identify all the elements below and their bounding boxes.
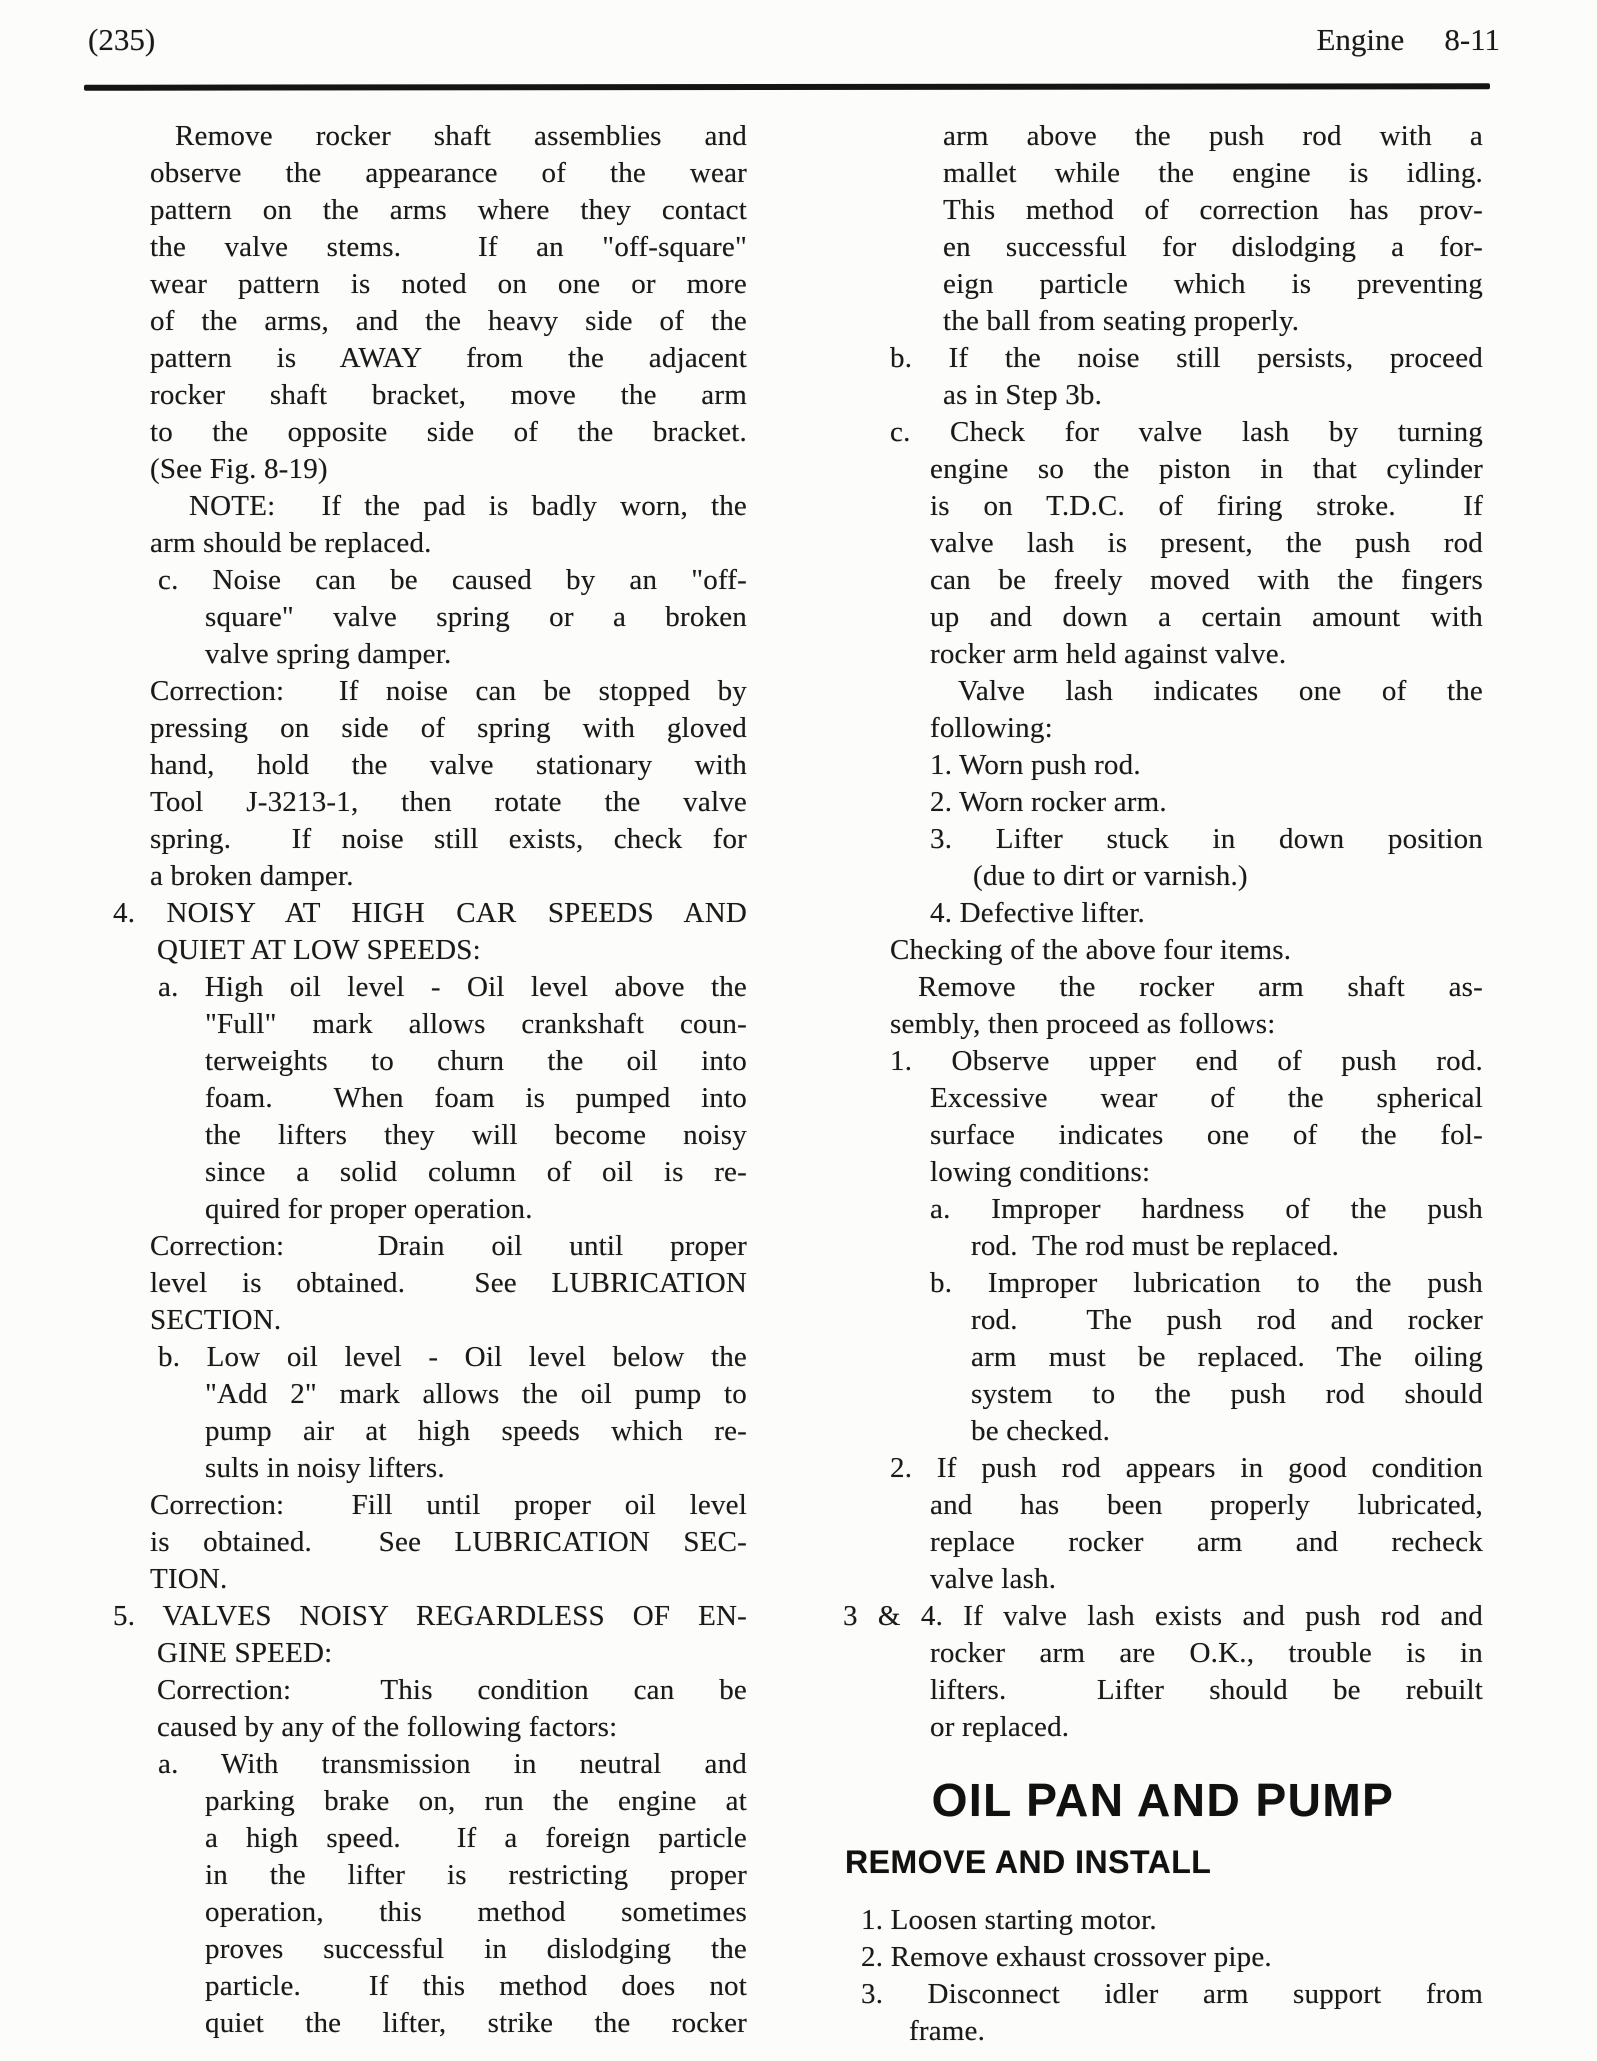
text-line: Remove the rocker arm shaft as- (843, 969, 1483, 1006)
text-line: GINE SPEED: (113, 1635, 747, 1672)
text-line: rod. The rod must be replaced. (843, 1228, 1483, 1265)
subsection-heading: REMOVE AND INSTALL (845, 1842, 1483, 1882)
manual-page: (235) Engine8-11 Remove rocker shaft ass… (0, 0, 1597, 2061)
page-number: (235) (88, 22, 155, 58)
text-line: system to the push rod should (843, 1376, 1483, 1413)
text-line: 5. VALVES NOISY REGARDLESS OF EN- (113, 1598, 747, 1635)
text-line: Correction: If noise can be stopped by (113, 673, 747, 710)
text-line: rocker shaft bracket, move the arm (113, 377, 747, 414)
text-line: a high speed. If a foreign particle (113, 1820, 747, 1857)
text-line: rod. The push rod and rocker (843, 1302, 1483, 1339)
text-line: b. Low oil level - Oil level below the (113, 1339, 747, 1376)
text-line: Correction: Fill until proper oil level (113, 1487, 747, 1524)
text-line: hand, hold the valve stationary with (113, 747, 747, 784)
text-line: SECTION. (113, 1302, 747, 1339)
text-line: Correction: This condition can be (113, 1672, 747, 1709)
text-line: terweights to churn the oil into (113, 1043, 747, 1080)
text-line: 4. Defective lifter. (843, 895, 1483, 932)
text-line: replace rocker arm and recheck (843, 1524, 1483, 1561)
text-line: valve lash is present, the push rod (843, 525, 1483, 562)
text-line: observe the appearance of the wear (113, 155, 747, 192)
text-line: 4. NOISY AT HIGH CAR SPEEDS AND (113, 895, 747, 932)
header-rule (84, 83, 1490, 90)
text-line: following: (843, 710, 1483, 747)
text-line: the valve stems. If an "off-square" (113, 229, 747, 266)
text-line: quiet the lifter, strike the rocker (113, 2005, 747, 2042)
text-line: sembly, then proceed as follows: (843, 1006, 1483, 1043)
text-line: and has been properly lubricated, (843, 1487, 1483, 1524)
text-line: surface indicates one of the fol- (843, 1117, 1483, 1154)
text-line: operation, this method sometimes (113, 1894, 747, 1931)
text-line: 1. Observe upper end of push rod. (843, 1043, 1483, 1080)
section-title: Engine (1317, 22, 1405, 57)
text-line: pump air at high speeds which re- (113, 1413, 747, 1450)
text-line: can be freely moved with the fingers (843, 562, 1483, 599)
text-line: a broken damper. (113, 858, 747, 895)
text-line: c. Noise can be caused by an "off- (113, 562, 747, 599)
text-line: is obtained. See LUBRICATION SEC- (113, 1524, 747, 1561)
text-line: arm above the push rod with a (843, 118, 1483, 155)
text-line: frame. (843, 2013, 1483, 2050)
right-column-text: arm above the push rod with amallet whil… (843, 118, 1483, 1746)
section-heading: OIL PAN AND PUMP (843, 1774, 1483, 1826)
text-line: 2. Worn rocker arm. (843, 784, 1483, 821)
text-line: 2. If push rod appears in good condition (843, 1450, 1483, 1487)
text-line: arm should be replaced. (113, 525, 747, 562)
text-line: be checked. (843, 1413, 1483, 1450)
text-line: up and down a certain amount with (843, 599, 1483, 636)
text-line: in the lifter is restricting proper (113, 1857, 747, 1894)
text-line: the ball from seating properly. (843, 303, 1483, 340)
text-line: or replaced. (843, 1709, 1483, 1746)
text-line: "Full" mark allows crankshaft coun- (113, 1006, 747, 1043)
text-line: a. High oil level - Oil level above the (113, 969, 747, 1006)
text-line: the lifters they will become noisy (113, 1117, 747, 1154)
text-line: spring. If noise still exists, check for (113, 821, 747, 858)
text-line: valve lash. (843, 1561, 1483, 1598)
text-line: 1. Loosen starting motor. (843, 1902, 1483, 1939)
text-line: Tool J-3213-1, then rotate the valve (113, 784, 747, 821)
text-line: a. Improper hardness of the push (843, 1191, 1483, 1228)
text-line: rocker arm are O.K., trouble is in (843, 1635, 1483, 1672)
text-line: 1. Worn push rod. (843, 747, 1483, 784)
text-line: c. Check for valve lash by turning (843, 414, 1483, 451)
running-header: Engine8-11 (1317, 22, 1501, 58)
text-line: 3. Disconnect idler arm support from (843, 1976, 1483, 2013)
right-column: arm above the push rod with amallet whil… (843, 118, 1483, 2050)
text-line: Valve lash indicates one of the (843, 673, 1483, 710)
text-line: a. With transmission in neutral and (113, 1746, 747, 1783)
text-line: Excessive wear of the spherical (843, 1080, 1483, 1117)
remove-install-list: 1. Loosen starting motor.2. Remove exhau… (843, 1902, 1483, 2050)
text-line: engine so the piston in that cylinder (843, 451, 1483, 488)
text-line: "Add 2" mark allows the oil pump to (113, 1376, 747, 1413)
text-line: is on T.D.C. of firing stroke. If (843, 488, 1483, 525)
text-line: (See Fig. 8-19) (113, 451, 747, 488)
text-line: caused by any of the following factors: (113, 1709, 747, 1746)
text-line: en successful for dislodging a for- (843, 229, 1483, 266)
text-line: (due to dirt or varnish.) (843, 858, 1483, 895)
text-line: Checking of the above four items. (843, 932, 1483, 969)
text-line: lowing conditions: (843, 1154, 1483, 1191)
text-line: Remove rocker shaft assemblies and (113, 118, 747, 155)
text-line: Correction: Drain oil until proper (113, 1228, 747, 1265)
text-line: QUIET AT LOW SPEEDS: (113, 932, 747, 969)
text-line: pressing on side of spring with gloved (113, 710, 747, 747)
text-line: proves successful in dislodging the (113, 1931, 747, 1968)
text-line: wear pattern is noted on one or more (113, 266, 747, 303)
text-line: of the arms, and the heavy side of the (113, 303, 747, 340)
text-line: This method of correction has prov- (843, 192, 1483, 229)
text-line: particle. If this method does not (113, 1968, 747, 2005)
text-line: arm must be replaced. The oiling (843, 1339, 1483, 1376)
text-line: valve spring damper. (113, 636, 747, 673)
text-line: to the opposite side of the bracket. (113, 414, 747, 451)
text-line: lifters. Lifter should be rebuilt (843, 1672, 1483, 1709)
text-line: pattern on the arms where they contact (113, 192, 747, 229)
text-line: parking brake on, run the engine at (113, 1783, 747, 1820)
text-line: mallet while the engine is idling. (843, 155, 1483, 192)
text-line: rocker arm held against valve. (843, 636, 1483, 673)
text-line: as in Step 3b. (843, 377, 1483, 414)
text-line: since a solid column of oil is re- (113, 1154, 747, 1191)
text-line: b. Improper lubrication to the push (843, 1265, 1483, 1302)
text-line: level is obtained. See LUBRICATION (113, 1265, 747, 1302)
text-line: NOTE: If the pad is badly worn, the (113, 488, 747, 525)
text-line: pattern is AWAY from the adjacent (113, 340, 747, 377)
text-line: TION. (113, 1561, 747, 1598)
text-line: 3. Lifter stuck in down position (843, 821, 1483, 858)
text-line: quired for proper operation. (113, 1191, 747, 1228)
text-line: b. If the noise still persists, proceed (843, 340, 1483, 377)
text-line: eign particle which is preventing (843, 266, 1483, 303)
page-ref: 8-11 (1444, 22, 1500, 57)
text-line: sults in noisy lifters. (113, 1450, 747, 1487)
page-header: (235) Engine8-11 (88, 22, 1500, 58)
text-line: 3 & 4. If valve lash exists and push rod… (843, 1598, 1483, 1635)
text-line: 2. Remove exhaust crossover pipe. (843, 1939, 1483, 1976)
left-column: Remove rocker shaft assemblies andobserv… (113, 118, 747, 2042)
text-line: foam. When foam is pumped into (113, 1080, 747, 1117)
text-line: square" valve spring or a broken (113, 599, 747, 636)
